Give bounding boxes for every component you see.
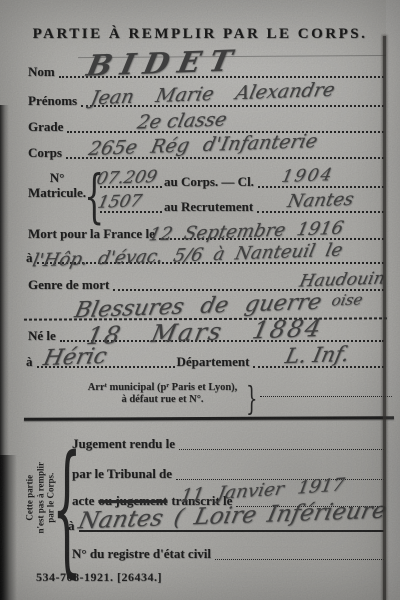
side-note-rotated: Cette partie n'est pas à remplir par le … bbox=[24, 432, 56, 564]
handwritten-departement: L. Inf. bbox=[283, 342, 351, 368]
tribunal-label: par le Tribunal de bbox=[72, 466, 172, 482]
dotted-line bbox=[179, 448, 384, 450]
side-note-line2: n'est pas à remplir bbox=[35, 432, 46, 564]
dotted-line bbox=[260, 396, 392, 397]
handwritten-matricule-recrutement: 1507 bbox=[96, 191, 144, 212]
acte-label-pre: acte bbox=[72, 493, 94, 509]
genre-mort-label: Genre de mort bbox=[28, 277, 109, 293]
page-fold-line bbox=[383, 36, 386, 600]
form-title: PARTIE À REMPLIR PAR LE CORPS. bbox=[0, 26, 400, 43]
scanned-death-record-form: PARTIE À REMPLIR PAR LE CORPS. Nom BIDET… bbox=[0, 0, 400, 600]
arrondissement-label-line1: Arrᵗ municipal (pʳ Paris et Lyon), bbox=[80, 382, 245, 394]
arrondissement-brace: } bbox=[246, 380, 257, 418]
corps-label: Corps bbox=[28, 145, 62, 161]
section-divider bbox=[24, 416, 394, 420]
handwritten-classe: 1904 bbox=[280, 165, 336, 187]
side-note-line3: par le Corps. bbox=[45, 432, 56, 564]
a-label-transcription: à bbox=[68, 518, 75, 534]
matricule-label: N° Matricule. bbox=[26, 170, 88, 200]
page-right-margin bbox=[386, 0, 400, 600]
handwritten-grade: 2e classe bbox=[135, 108, 229, 133]
dotted-line bbox=[215, 558, 384, 560]
departement-label: Département bbox=[177, 354, 250, 370]
ne-le-label: Né le bbox=[28, 328, 56, 344]
registre-label: N° du registre d'état civil bbox=[72, 546, 211, 562]
matricule-label-line2: Matricule. bbox=[26, 185, 88, 200]
jugement-label: Jugement rendu le bbox=[72, 436, 175, 452]
bottom-section-brace: { bbox=[52, 428, 82, 593]
matricule-label-line1: N° bbox=[26, 170, 88, 185]
au-recrutement-label: au Recrutement bbox=[164, 199, 253, 215]
print-code: 534-708-1921. [26434.] bbox=[36, 570, 162, 585]
dotted-line bbox=[258, 186, 384, 188]
side-note-line1: Cette partie bbox=[24, 432, 35, 564]
mort-label: Mort pour la France le bbox=[28, 226, 155, 242]
grade-label: Grade bbox=[28, 119, 63, 135]
scan-edge-left-lower bbox=[0, 455, 17, 600]
nom-label: Nom bbox=[28, 64, 55, 80]
au-corps-label: au Corps. — Cl. bbox=[164, 174, 254, 190]
handwritten-lieu-recrutement: Nantes bbox=[285, 189, 355, 212]
handwritten-matricule-corps: 07.209 bbox=[95, 167, 159, 189]
arrondissement-label: Arrᵗ municipal (pʳ Paris et Lyon), à déf… bbox=[80, 382, 245, 406]
handwritten-lieu-naissance: Héric bbox=[41, 344, 109, 371]
dotted-line bbox=[257, 211, 384, 213]
handwritten-lieu-mort: l'Hôp. d'évac. 5/6 à Nanteuil le bbox=[31, 240, 345, 272]
a-label-naissance: à bbox=[26, 354, 33, 370]
prenoms-label: Prénoms bbox=[28, 93, 77, 109]
handwritten-lieu-mort-suite: Haudouin bbox=[298, 269, 387, 292]
field-row-jugement: Jugement rendu le bbox=[72, 436, 386, 452]
arrondissement-label-line2: à défaut rue et N°. bbox=[80, 394, 245, 406]
handwritten-nom: BIDET bbox=[84, 43, 244, 82]
handwritten-lieu-mort-dept: oise bbox=[330, 290, 365, 309]
field-row-registre: N° du registre d'état civil bbox=[72, 546, 386, 562]
